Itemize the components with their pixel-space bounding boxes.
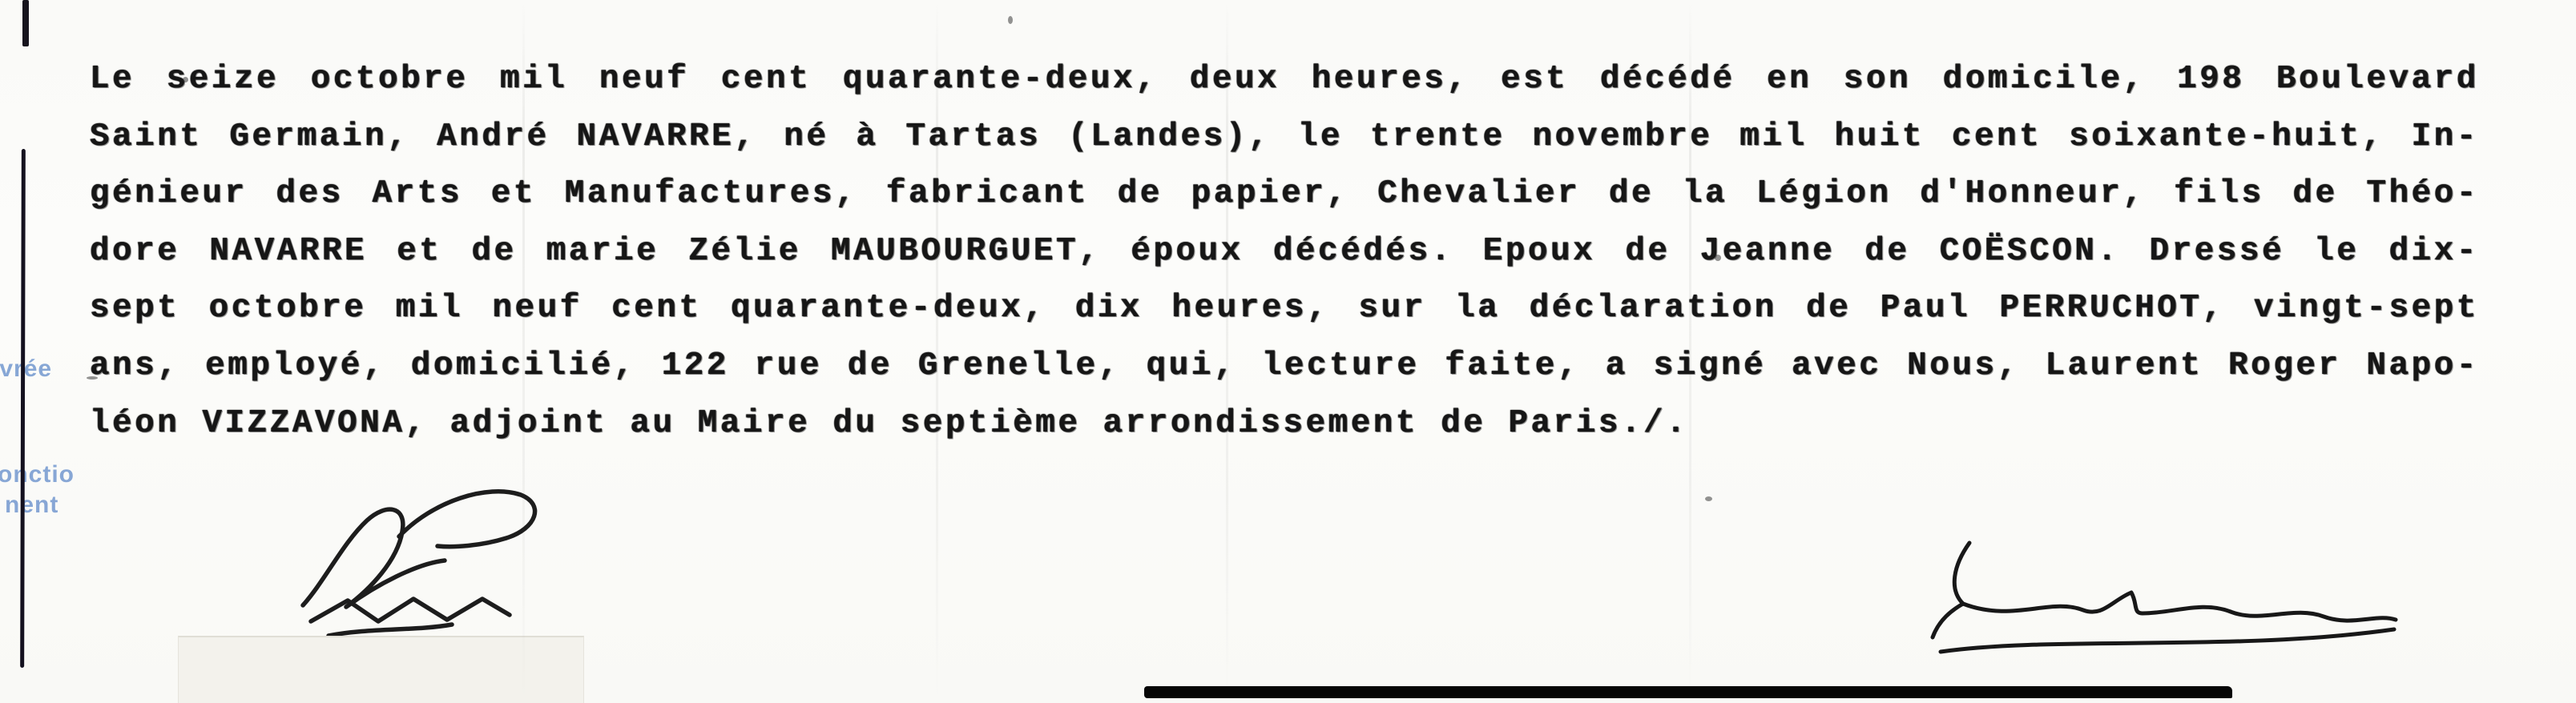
- text-line-1: Le seize octobre mil neuf cent quarante-…: [90, 51, 2479, 109]
- text-line-4: dore NAVARRE et de marie Zélie MAUBOURGU…: [90, 223, 2479, 281]
- scan-edge-line: [20, 149, 26, 668]
- signature-declarant-icon: [280, 487, 641, 647]
- scan-edge-mark-top: [22, 0, 29, 46]
- signature-officer-icon: [1917, 530, 2405, 674]
- ink-speck: [1008, 16, 1013, 24]
- text-line-2: Saint Germain, André NAVARRE, né à Tarta…: [90, 109, 2479, 167]
- ink-speck: [1705, 496, 1712, 501]
- stamp-fragment-delivree: ivrée: [0, 356, 52, 383]
- text-line-3: génieur des Arts et Manufactures, fabric…: [90, 166, 2479, 223]
- text-line-5: sept octobre mil neuf cent quarante-deux…: [90, 280, 2479, 338]
- fold-crease-2: [936, 0, 938, 703]
- scan-artifact-black-bar: [1144, 686, 2232, 698]
- stamp-fragment-nent: nent: [5, 492, 58, 519]
- stamp-fragment-fonction: fonctio: [0, 461, 75, 488]
- scanned-death-record: Le seize octobre mil neuf cent quarante-…: [0, 0, 2576, 703]
- fold-crease-1: [522, 0, 525, 703]
- text-line-7: léon VIZZAVONA, adjoint au Maire du sept…: [90, 396, 2479, 453]
- typewritten-text-block: Le seize octobre mil neuf cent quarante-…: [90, 51, 2479, 452]
- ink-speck: [1715, 255, 1721, 261]
- fold-crease-4: [1689, 0, 1691, 703]
- ink-speck: [183, 77, 188, 82]
- ink-speck: [87, 376, 98, 380]
- text-line-6: ans, employé, domicilié, 122 rue de Gren…: [90, 338, 2479, 396]
- fold-crease-3: [1226, 0, 1228, 703]
